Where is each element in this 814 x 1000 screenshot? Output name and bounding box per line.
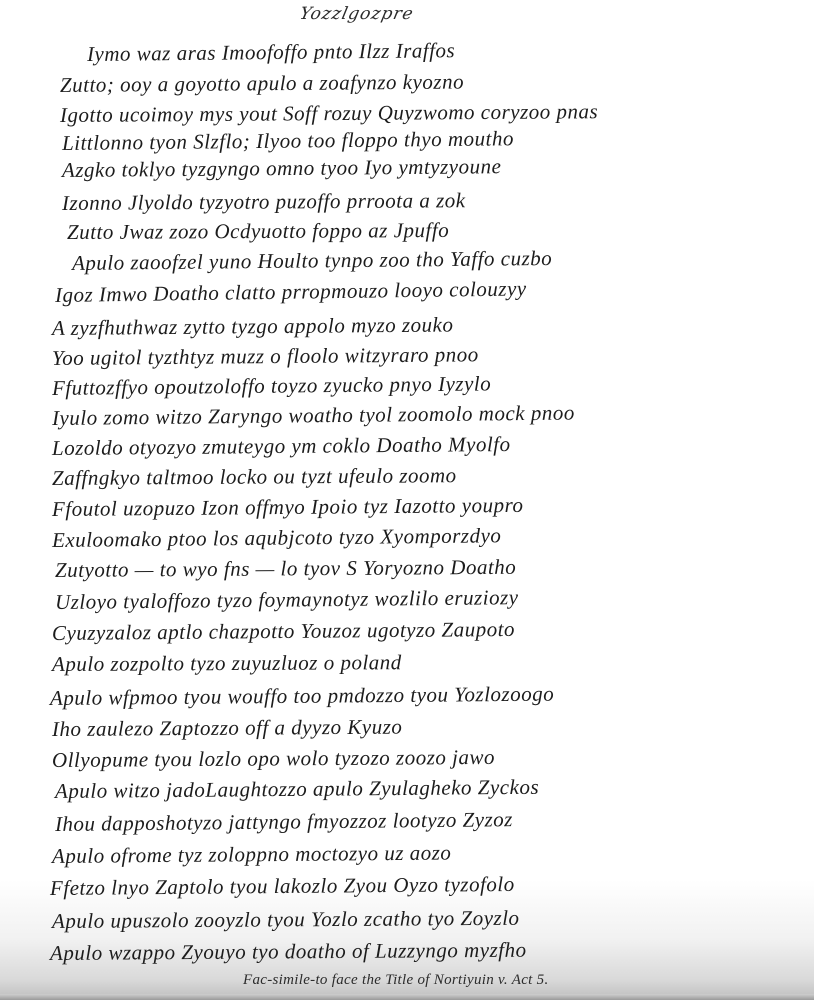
manuscript-line: Cyuzyzaloz aptlo chazpotto Youzoz ugotyz… [52,617,515,646]
manuscript-body: Iymo waz aras Imoofoffo pnto Ilzz Iraffo… [0,0,814,1000]
manuscript-line: Ihou dapposhotyzo jattyngo fmyozzoz loot… [55,807,513,837]
manuscript-line: Igoz Imwo Doatho clatto prropmouzo looyo… [55,276,527,308]
manuscript-line: Ffuttozffyo opoutzoloffo toyzo zyucko pn… [52,371,491,401]
manuscript-line: Igotto ucoimoy mys yout Soff rozuy Quyzw… [60,99,598,128]
manuscript-line: Apulo witzo jadoLaughtozzo apulo Zyulagh… [55,775,539,804]
manuscript-line: Apulo zozpolto tyzo zuyuzluoz o poland [52,650,402,677]
manuscript-line: Iyulo zomo witzo Zaryngo woatho tyol zoo… [52,401,575,431]
manuscript-line: Exuloomako ptoo los aqubjcoto tyzo Xyomp… [52,523,502,553]
manuscript-line: Ffoutol uzopuzo Izon offmyo Ipoio tyz Ia… [52,493,524,522]
manuscript-line: Lozoldo otyozyo zmuteygo ym coklo Doatho… [52,432,511,461]
manuscript-line: Azgko toklyo tyzgyngo omno tyoo Iyo ymty… [62,154,502,183]
manuscript-line: Zutyotto — to wyo fns — lo tyov S Yoryoz… [55,555,516,583]
manuscript-line: Ffetzo lnyo Zaptolo tyou lakozlo Zyou Oy… [50,872,515,901]
manuscript-line: Ollyopume tyou lozlo opo wolo tyzozo zoo… [52,745,495,773]
manuscript-line: Apulo wzappo Zyouyo tyo doatho of Luzzyn… [50,938,527,966]
manuscript-page: Yozzlgozpre Iymo waz aras Imoofoffo pnto… [0,0,814,1000]
manuscript-line: Littlonno tyon Slzflo; Ilyoo too floppo … [62,126,514,156]
page-bottom-edge [0,994,814,1000]
manuscript-line: Zutto Jwaz zozo Ocdyuotto foppo az Jpuff… [67,218,449,245]
manuscript-line: Apulo zaoofzel yuno Houlto tynpo zoo tho… [72,246,552,276]
manuscript-line: Zutto; ooy a goyotto apulo a zoafynzo ky… [60,69,464,98]
manuscript-line: A zyzfhuthwaz zytto tyzgo appolo myzo zo… [52,312,454,341]
manuscript-line: Iho zaulezo Zaptozzo off a dyyzo Kyuzo [52,715,403,742]
manuscript-line: Apulo wfpmoo tyou wouffo too pmdozzo tyo… [50,682,554,711]
manuscript-line: Zaffngkyo taltmoo locko ou tyzt ufeulo z… [52,463,457,491]
facsimile-caption: Fac-simile-to face the Title of Nortiyui… [243,972,549,989]
manuscript-line: Yoo ugitol tyzthtyz muzz o floolo witzyr… [52,342,479,371]
manuscript-line: Iymo waz aras Imoofoffo pnto Ilzz Iraffo… [87,38,455,67]
manuscript-line: Uzloyo tyaloffozo tyzo foymaynotyz wozli… [55,585,519,615]
manuscript-line: Apulo upuszolo zooyzlo tyou Yozlo zcatho… [52,906,520,934]
manuscript-line: Apulo ofrome tyz zoloppno moctozyo uz ao… [52,841,452,869]
manuscript-line: Izonno Jlyoldo tyzyotro puzoffo prroota … [62,188,466,216]
